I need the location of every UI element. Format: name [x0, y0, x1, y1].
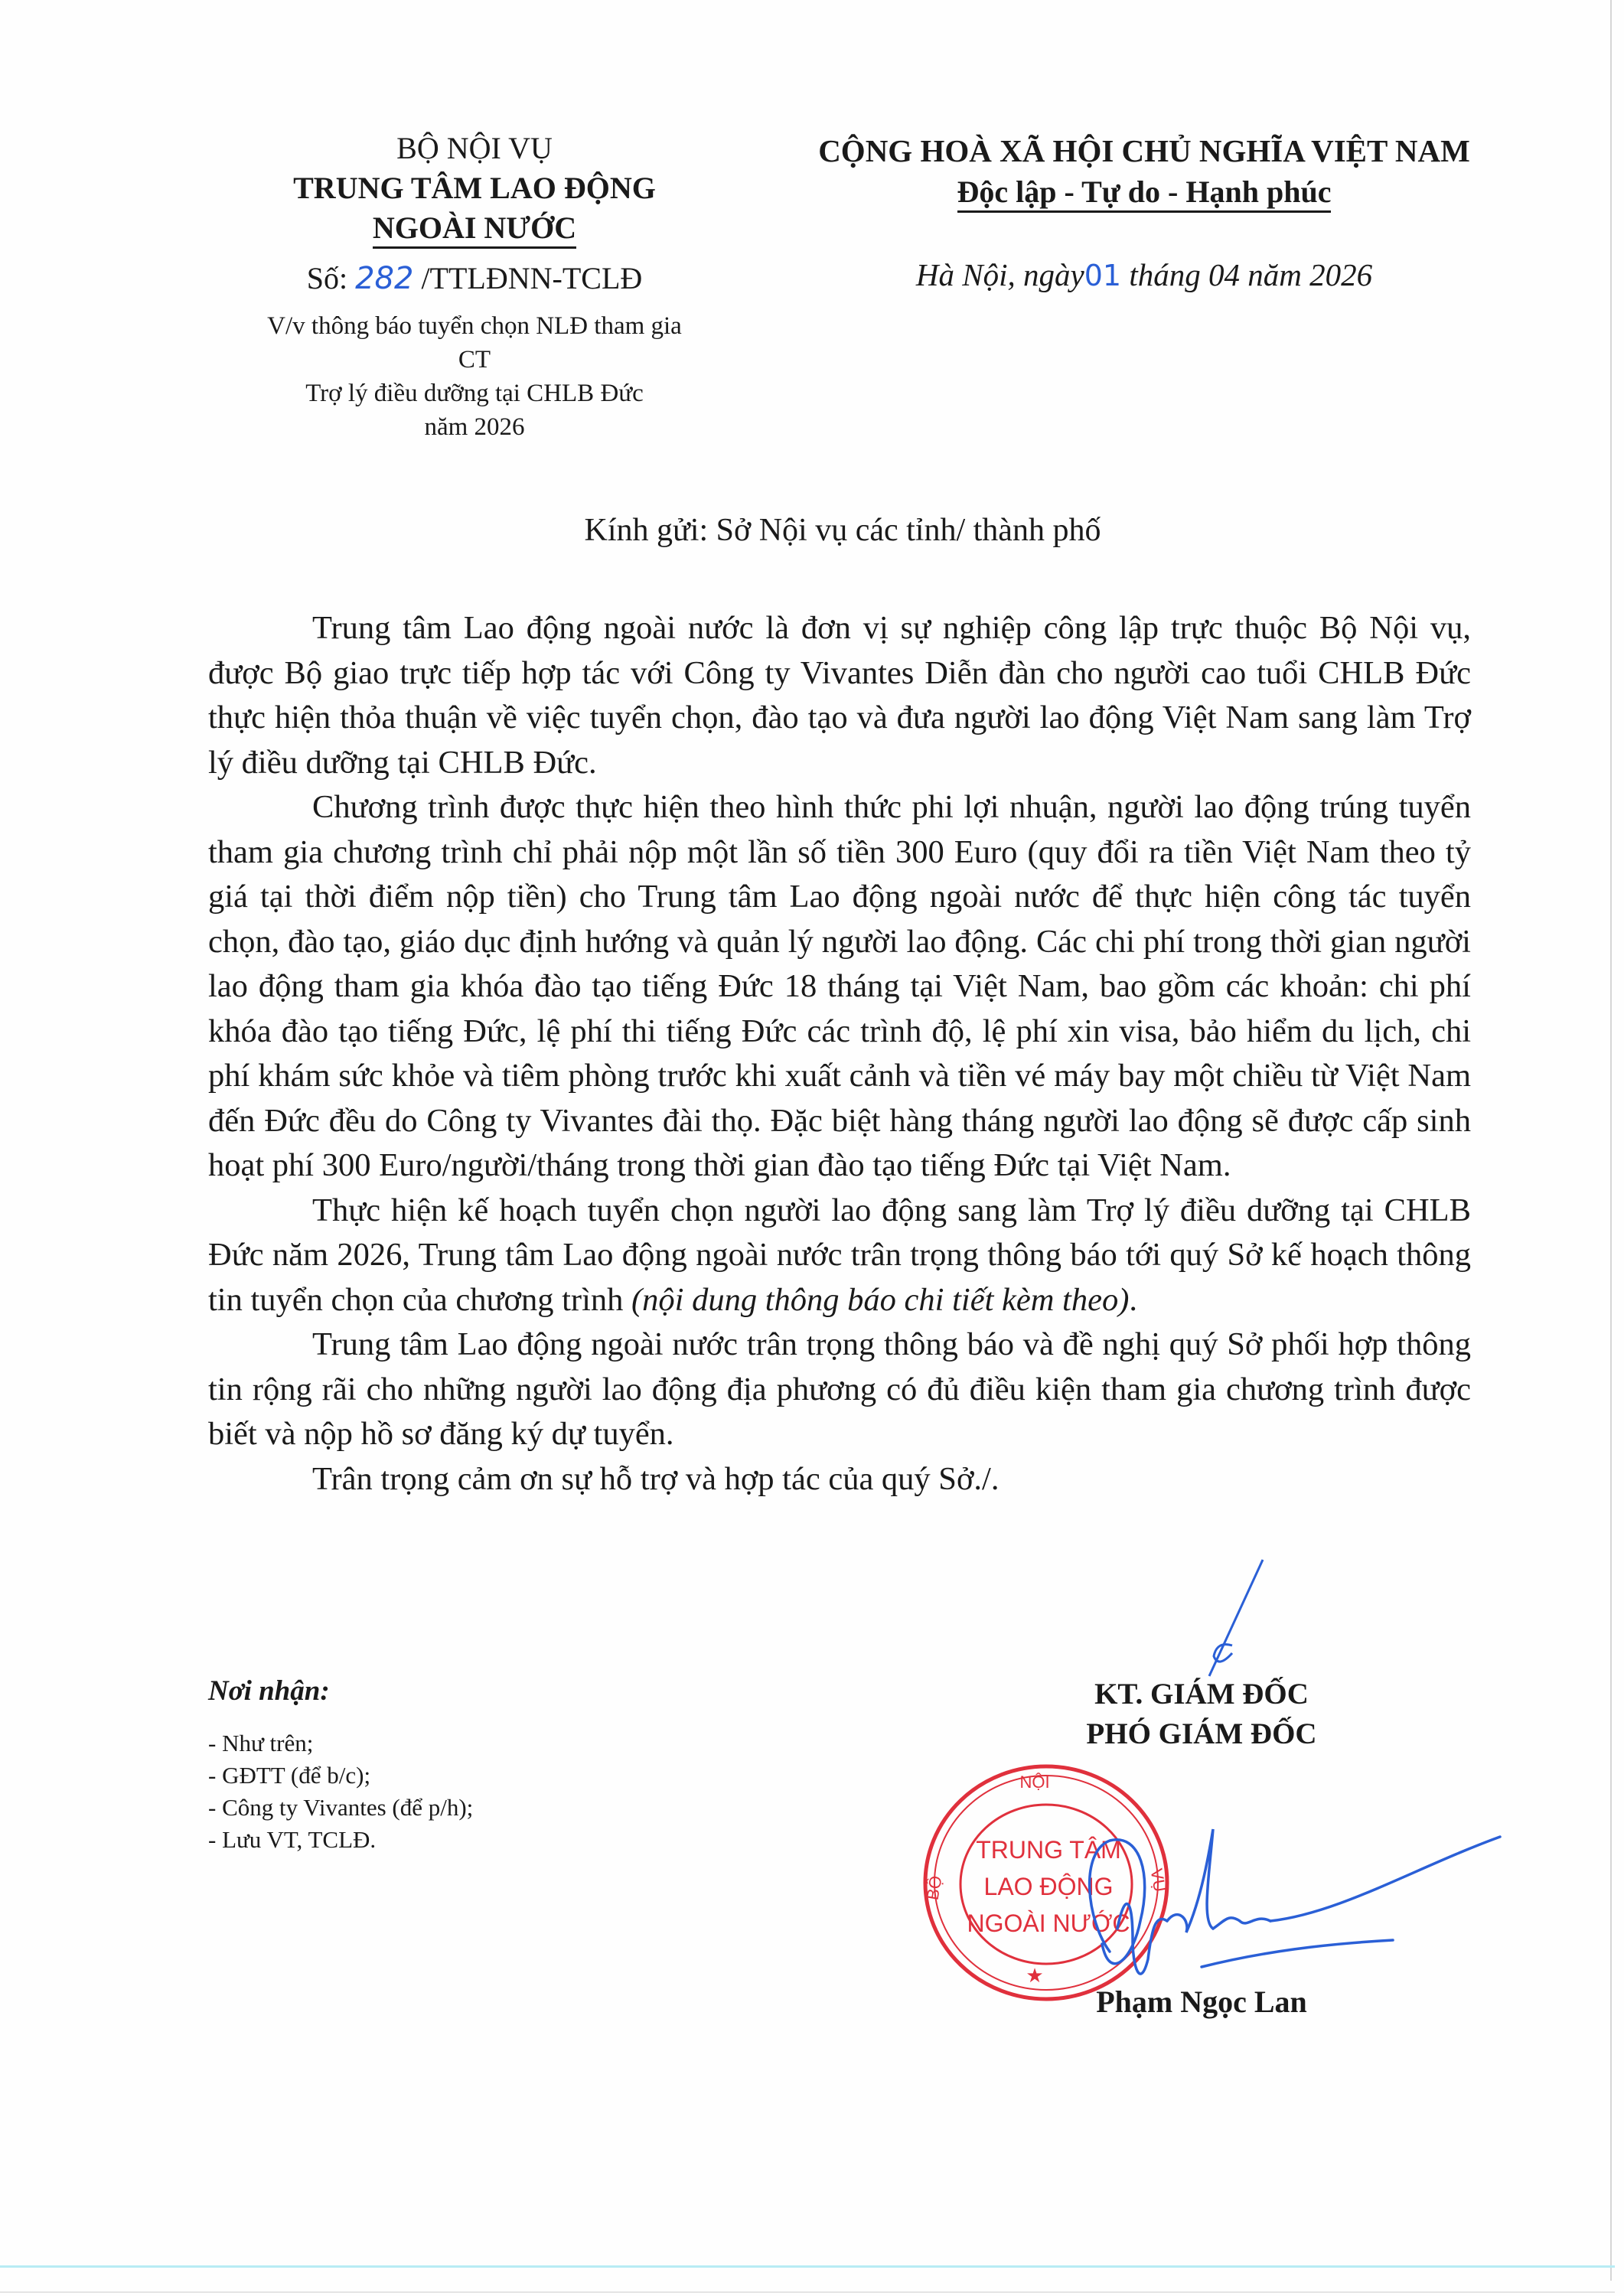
body-paragraph: Trung tâm Lao động ngoài nước trân trọng… [208, 1322, 1471, 1457]
body-paragraph: Chương trình được thực hiện theo hình th… [208, 785, 1471, 1189]
handwritten-number: 282 [355, 261, 413, 296]
number-suffix: /TTLĐNN-TCLĐ [413, 261, 642, 295]
body-paragraph: Trung tâm Lao động ngoài nước là đơn vị … [208, 606, 1471, 785]
number-label: Số: [307, 261, 355, 295]
letter-body: Trung tâm Lao động ngoài nước là đơn vị … [208, 606, 1471, 1502]
signer-title: PHÓ GIÁM ĐỐC [1026, 1714, 1378, 1754]
issuing-agency-block: BỘ NỘI VỤ TRUNG TÂM LAO ĐỘNG NGOÀI NƯỚC … [260, 129, 689, 444]
distribution-title: Nơi nhận: [208, 1672, 667, 1711]
document-number: Số: 282 /TTLĐNN-TCLĐ [260, 259, 689, 298]
distribution-item: - GĐTT (để b/c); [208, 1760, 667, 1792]
addressee-line: Kính gửi: Sở Nội vụ các tỉnh/ thành phố [0, 509, 1624, 552]
handwritten-signature [1018, 1806, 1554, 2005]
distribution-item: - Lưu VT, TCLĐ. [208, 1824, 667, 1856]
body-paragraph: Thực hiện kế hoạch tuyển chọn người lao … [208, 1189, 1471, 1323]
national-header-block: CỘNG HOÀ XÃ HỘI CHỦ NGHĨA VIỆT NAM Độc l… [788, 130, 1500, 296]
signature-block: KT. GIÁM ĐỐC PHÓ GIÁM ĐỐC Phạm Ngọc Lan [1026, 1675, 1378, 1754]
subject-line: V/v thông báo tuyển chọn NLĐ tham gia CT [260, 309, 689, 377]
closing-paragraph: Trân trọng cảm ơn sự hỗ trợ và hợp tác c… [208, 1457, 1471, 1502]
national-motto: Độc lập - Tự do - Hạnh phúc [788, 171, 1500, 213]
svg-text:BỘ: BỘ [923, 1874, 946, 1902]
svg-text:NỘI: NỘI [1019, 1773, 1049, 1792]
distribution-item: - Công ty Vivantes (để p/h); [208, 1792, 667, 1824]
org-name-line1: TRUNG TÂM LAO ĐỘNG [260, 168, 689, 208]
signer-authority: KT. GIÁM ĐỐC [1026, 1675, 1378, 1714]
ministry-name: BỘ NỘI VỤ [260, 129, 689, 168]
scan-edge-bottom [0, 2265, 1615, 2268]
distribution-list: Nơi nhận: - Như trên; - GĐTT (để b/c); -… [208, 1672, 667, 1856]
document-page: BỘ NỘI VỤ TRUNG TÂM LAO ĐỘNG NGOÀI NƯỚC … [0, 0, 1624, 2296]
subject-line: năm 2026 [260, 410, 689, 444]
issue-date: Hà Nội, ngày01 tháng 04 năm 2026 [788, 254, 1500, 296]
subject-line: Trợ lý điều dưỡng tại CHLB Đức [260, 377, 689, 410]
handwritten-check-mark [1148, 1554, 1286, 1691]
subject-summary: V/v thông báo tuyển chọn NLĐ tham gia CT… [260, 309, 689, 444]
italic-note: (nội dung thông báo chi tiết kèm theo) [631, 1282, 1129, 1318]
country-name: CỘNG HOÀ XÃ HỘI CHỦ NGHĨA VIỆT NAM [788, 130, 1500, 171]
distribution-item: - Như trên; [208, 1727, 667, 1760]
org-name-line2: NGOÀI NƯỚC [260, 208, 689, 248]
scan-edge-bottom-line [0, 2291, 1615, 2293]
handwritten-day: 01 [1084, 259, 1121, 292]
scan-edge-right [1610, 0, 1612, 2281]
